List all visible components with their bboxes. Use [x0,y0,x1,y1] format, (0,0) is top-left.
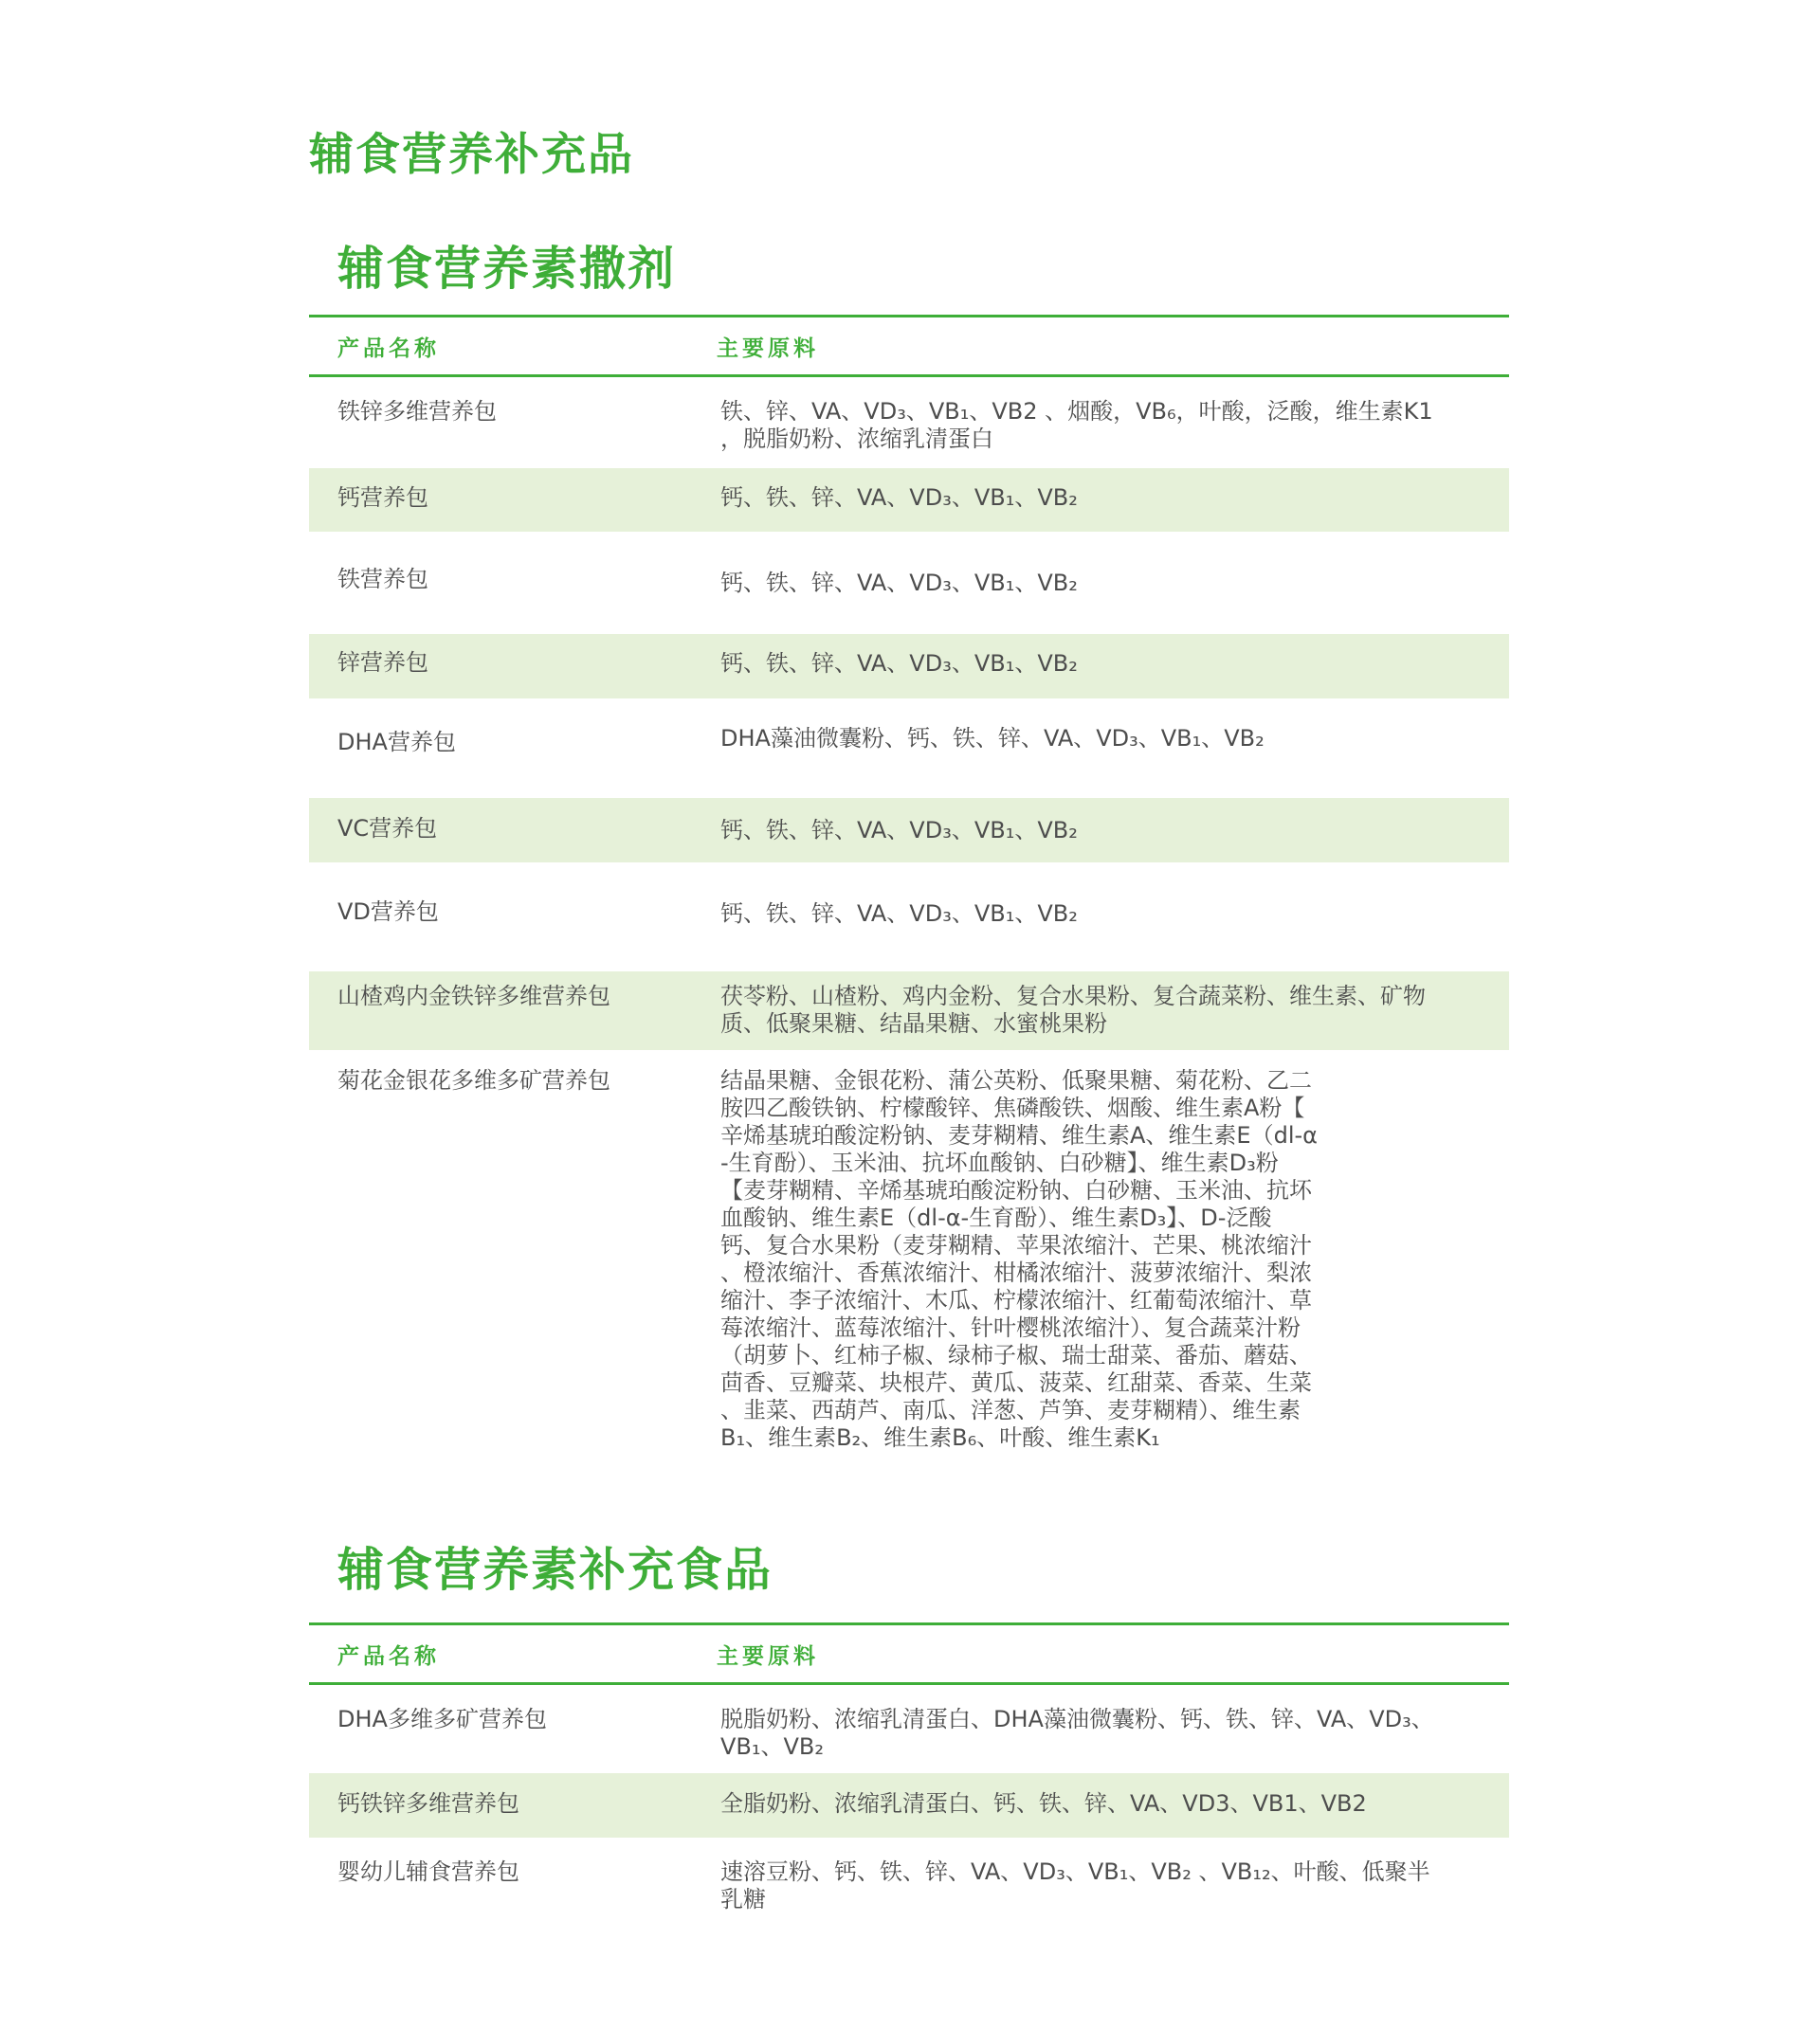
table-row: 婴幼儿辅食营养包 速溶豆粉、钙、铁、锌、VA、VD₃、VB₁、VB₂ 、VB₁₂… [309,1838,1509,1923]
ingredients-text: 钙、铁、锌、VA、VD₃、VB₁、VB₂ [720,484,1471,512]
ingredients-text: 脱脂奶粉、浓缩乳清蛋白、DHA藻油微囊粉、钙、铁、锌、VA、VD₃、VB₁、VB… [720,1706,1471,1761]
product-name: VD营养包 [309,862,694,971]
product-name: 锌营养包 [309,634,694,698]
product-name: 铁营养包 [309,532,694,634]
table-header-row: 产品名称 主要原料 [309,317,1509,376]
product-name: 铁锌多维营养包 [309,376,694,468]
product-ingredients: 钙、铁、锌、VA、VD₃、VB₁、VB₂ [694,634,1509,698]
product-ingredients: DHA藻油微囊粉、钙、铁、锌、VA、VD₃、VB₁、VB₂ [694,698,1509,798]
ingredients-text: 钙、铁、锌、VA、VD₃、VB₁、VB₂ [720,817,1471,844]
table-header-row: 产品名称 主要原料 [309,1624,1509,1684]
column-header-main-ingredients: 主要原料 [694,1624,1509,1684]
ingredients-text: 速溶豆粉、钙、铁、锌、VA、VD₃、VB₁、VB₂ 、VB₁₂、叶酸、低聚半乳糖 [720,1858,1471,1913]
product-name: DHA多维多矿营养包 [309,1684,694,1773]
section-title: 辅食营养素撒剂 [337,239,1509,315]
column-header-product-name: 产品名称 [309,1624,694,1684]
page-title: 辅食营养补充品 [309,127,634,184]
product-ingredients: 铁、锌、VA、VD₃、VB₁、VB2 、烟酸，VB₆，叶酸，泛酸，维生素K1，脱… [694,376,1509,468]
table-row: VD营养包 钙、铁、锌、VA、VD₃、VB₁、VB₂ [309,862,1509,971]
table-row: 钙铁锌多维营养包 全脂奶粉、浓缩乳清蛋白、钙、铁、锌、VA、VD3、VB1、VB… [309,1773,1509,1838]
table-row: 菊花金银花多维多矿营养包 结晶果糖、金银花粉、蒲公英粉、低聚果糖、菊花粉、乙二胺… [309,1050,1509,1467]
ingredients-text: 全脂奶粉、浓缩乳清蛋白、钙、铁、锌、VA、VD3、VB1、VB2 [720,1790,1471,1818]
section-nutrient-supplement-food: 辅食营养素补充食品 产品名称 主要原料 DHA多维多矿营养包 脱脂奶粉、浓缩乳清… [309,1540,1509,1923]
table-row: DHA营养包 DHA藻油微囊粉、钙、铁、锌、VA、VD₃、VB₁、VB₂ [309,698,1509,798]
product-ingredients: 结晶果糖、金银花粉、蒲公英粉、低聚果糖、菊花粉、乙二胺四乙酸铁钠、柠檬酸锌、焦磷… [694,1050,1509,1467]
product-name: 山楂鸡内金铁锌多维营养包 [309,971,694,1050]
product-ingredients: 全脂奶粉、浓缩乳清蛋白、钙、铁、锌、VA、VD3、VB1、VB2 [694,1773,1509,1838]
product-name: 婴幼儿辅食营养包 [309,1838,694,1923]
section-title: 辅食营养素补充食品 [337,1540,1509,1622]
product-name: 菊花金银花多维多矿营养包 [309,1050,694,1467]
product-name: 钙铁锌多维营养包 [309,1773,694,1838]
table-row: 锌营养包 钙、铁、锌、VA、VD₃、VB₁、VB₂ [309,634,1509,698]
product-name: VC营养包 [309,798,694,862]
ingredients-text: 钙、铁、锌、VA、VD₃、VB₁、VB₂ [720,570,1471,597]
ingredients-text: 结晶果糖、金银花粉、蒲公英粉、低聚果糖、菊花粉、乙二胺四乙酸铁钠、柠檬酸锌、焦磷… [720,1067,1356,1452]
table-row: 山楂鸡内金铁锌多维营养包 茯苓粉、山楂粉、鸡内金粉、复合水果粉、复合蔬菜粉、维生… [309,971,1509,1050]
product-name: 钙营养包 [309,468,694,532]
product-ingredients: 钙、铁、锌、VA、VD₃、VB₁、VB₂ [694,468,1509,532]
product-ingredients: 速溶豆粉、钙、铁、锌、VA、VD₃、VB₁、VB₂ 、VB₁₂、叶酸、低聚半乳糖 [694,1838,1509,1923]
column-header-product-name: 产品名称 [309,317,694,376]
ingredients-text: 铁、锌、VA、VD₃、VB₁、VB2 、烟酸，VB₆，叶酸，泛酸，维生素K1，脱… [720,398,1471,453]
product-name: DHA营养包 [309,698,694,798]
table-row: 铁锌多维营养包 铁、锌、VA、VD₃、VB₁、VB2 、烟酸，VB₆，叶酸，泛酸… [309,376,1509,468]
section-nutrient-sprinkles: 辅食营养素撒剂 产品名称 主要原料 铁锌多维营养包 铁、锌、VA、VD₃、VB₁… [309,239,1509,1467]
product-ingredients: 脱脂奶粉、浓缩乳清蛋白、DHA藻油微囊粉、钙、铁、锌、VA、VD₃、VB₁、VB… [694,1684,1509,1773]
product-table: 产品名称 主要原料 DHA多维多矿营养包 脱脂奶粉、浓缩乳清蛋白、DHA藻油微囊… [309,1622,1509,1923]
ingredients-text: 钙、铁、锌、VA、VD₃、VB₁、VB₂ [720,650,1471,678]
table-row: DHA多维多矿营养包 脱脂奶粉、浓缩乳清蛋白、DHA藻油微囊粉、钙、铁、锌、VA… [309,1684,1509,1773]
product-ingredients: 钙、铁、锌、VA、VD₃、VB₁、VB₂ [694,862,1509,971]
ingredients-text: DHA藻油微囊粉、钙、铁、锌、VA、VD₃、VB₁、VB₂ [720,725,1471,752]
product-ingredients: 钙、铁、锌、VA、VD₃、VB₁、VB₂ [694,798,1509,862]
product-ingredients: 茯苓粉、山楂粉、鸡内金粉、复合水果粉、复合蔬菜粉、维生素、矿物质、低聚果糖、结晶… [694,971,1509,1050]
ingredients-text: 钙、铁、锌、VA、VD₃、VB₁、VB₂ [720,900,1471,928]
table-row: 钙营养包 钙、铁、锌、VA、VD₃、VB₁、VB₂ [309,468,1509,532]
ingredients-text: 茯苓粉、山楂粉、鸡内金粉、复合水果粉、复合蔬菜粉、维生素、矿物质、低聚果糖、结晶… [720,983,1471,1038]
product-table: 产品名称 主要原料 铁锌多维营养包 铁、锌、VA、VD₃、VB₁、VB2 、烟酸… [309,315,1509,1467]
product-ingredients: 钙、铁、锌、VA、VD₃、VB₁、VB₂ [694,532,1509,634]
table-row: 铁营养包 钙、铁、锌、VA、VD₃、VB₁、VB₂ [309,532,1509,634]
table-row: VC营养包 钙、铁、锌、VA、VD₃、VB₁、VB₂ [309,798,1509,862]
column-header-main-ingredients: 主要原料 [694,317,1509,376]
